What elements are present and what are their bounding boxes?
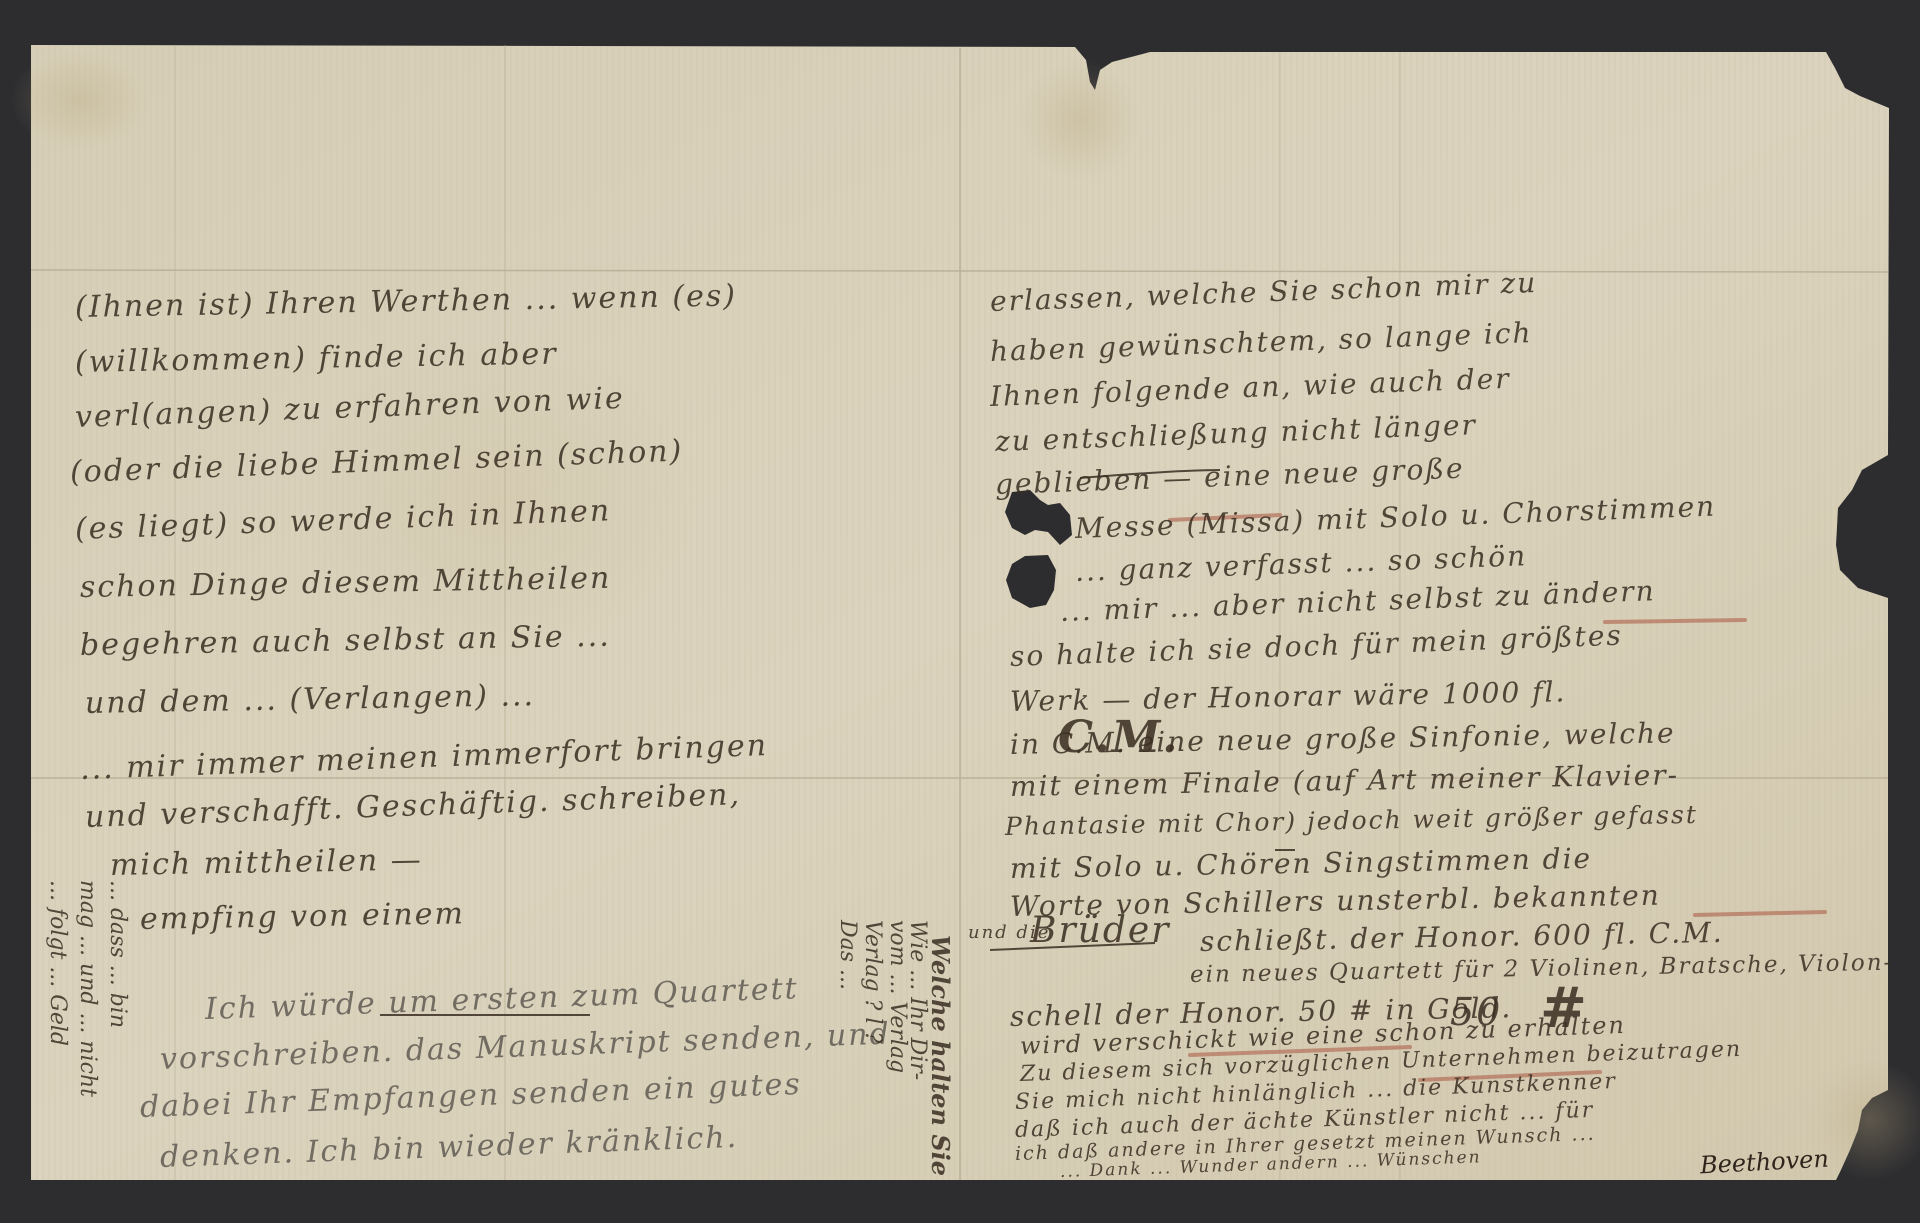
sharp-symbol: # bbox=[1540, 975, 1589, 1041]
margin-note-vertical: Das ... bbox=[835, 920, 860, 990]
margin-note-vertical: mag ... und ... nicht bbox=[75, 880, 100, 1097]
margin-note-bold: Welche halten Sie bbox=[926, 935, 955, 1176]
side-note-brueder: Brüder bbox=[1030, 910, 1170, 951]
margin-note-vertical: ... dass ... bin bbox=[105, 880, 130, 1028]
margin-note-vertical: ... folgt ... Geld bbox=[45, 880, 70, 1046]
currency-cm: C.M. bbox=[1058, 712, 1180, 763]
honorar-50: 50 bbox=[1450, 990, 1502, 1034]
manuscript-line: empfing von einem bbox=[140, 896, 465, 937]
margin-note-vertical: Verlag ? l ? bbox=[860, 920, 885, 1043]
manuscript-line: mich mittheilen — bbox=[110, 843, 423, 883]
